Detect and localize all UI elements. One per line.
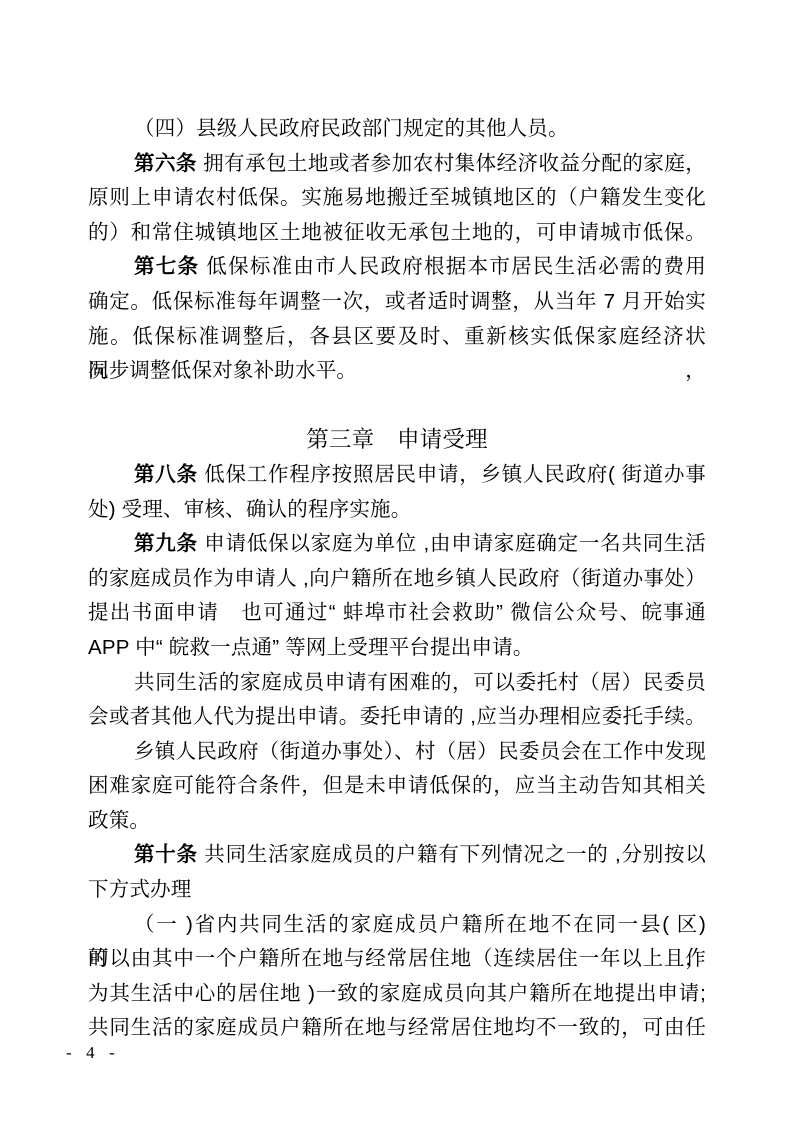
doc-line: 第七条 低保标准由市人民政府根据本市居民生活必需的费用	[88, 250, 706, 285]
doc-line: 施。低保标准调整后，各县区要及时、重新核实低保家庭经济状况，	[88, 320, 706, 355]
line-text: 原则上申请农村低保。实施易地搬迁至城镇地区的（户籍发生变化	[88, 186, 706, 209]
document-body: （四）县级人民政府民政部门规定的其他人员。 第六条 拥有承包土地或者参加农村集体…	[88, 112, 706, 1046]
line-text: （四）县级人民政府民政部门规定的其他人员。	[134, 117, 569, 140]
chapter-heading-text: 第三章 申请受理	[306, 427, 488, 452]
doc-line: 第八条 低保工作程序按照居民申请，乡镇人民政府( 街道办事	[88, 458, 706, 493]
doc-line: 原则上申请农村低保。实施易地搬迁至城镇地区的（户籍发生变化	[88, 181, 706, 216]
doc-line: 下方式办理	[88, 873, 706, 908]
line-text: 同步调整低保对象补助水平。	[88, 359, 357, 382]
line-text: 的家庭成员作为申请人 ,向户籍所在地乡镇人民政府（街道办事处）	[88, 567, 706, 590]
document-page: （四）县级人民政府民政部门规定的其他人员。 第六条 拥有承包土地或者参加农村集体…	[0, 0, 793, 1122]
doc-line: 会或者其他人代为提出申请。委托申请的 ,应当办理相应委托手续。	[88, 700, 706, 735]
doc-line: （四）县级人民政府民政部门规定的其他人员。	[88, 112, 706, 147]
doc-line: 乡镇人民政府（街道办事处）、村（居）民委员会在工作中发现	[88, 735, 706, 770]
article-number: 第八条	[134, 463, 198, 486]
line-text: 可以由其中一个户籍所在地与经常居住地（连续居住一年以上且作	[88, 947, 706, 970]
line-text: 申请低保以家庭为单位 ,由申请家庭确定一名共同生活	[198, 532, 706, 555]
doc-line: （一 )省内共同生活的家庭成员户籍所在地不在同一县( 区) 的，	[88, 908, 706, 943]
doc-line: 提出书面申请 也可通过“ 蚌埠市社会救助” 微信公众号、皖事通	[88, 596, 706, 631]
doc-line: 确定。低保标准每年调整一次，或者适时调整，从当年 7 月开始实	[88, 285, 706, 320]
doc-line: 第十条 共同生活家庭成员的户籍有下列情况之一的 ,分别按以	[88, 838, 706, 873]
line-text: 确定。低保标准每年调整一次，或者适时调整，从当年 7 月开始实	[88, 290, 706, 313]
line-text: 会或者其他人代为提出申请。委托申请的 ,应当办理相应委托手续。	[88, 705, 706, 728]
article-number: 第六条	[134, 152, 197, 175]
line-text: 处) 受理、审核、确认的程序实施。	[88, 498, 411, 521]
doc-line: 共同生活的家庭成员户籍所在地与经常居住地均不一致的，可由任	[88, 1011, 706, 1046]
doc-line: 共同生活的家庭成员申请有困难的，可以委托村（居）民委员	[88, 666, 706, 701]
doc-line: 处) 受理、审核、确认的程序实施。	[88, 493, 706, 528]
doc-line: 政策。	[88, 804, 706, 839]
doc-line: 困难家庭可能符合条件，但是未申请低保的，应当主动告知其相关	[88, 769, 706, 804]
line-text: 下方式办理	[88, 878, 192, 901]
doc-line: APP 中“ 皖救一点通” 等网上受理平台提出申请。	[88, 631, 706, 666]
line-text: 拥有承包土地或者参加农村集体经济收益分配的家庭，	[197, 152, 706, 175]
doc-line: 的）和常住城镇地区土地被征收无承包土地的，可申请城市低保。	[88, 216, 706, 251]
line-text: 低保工作程序按照居民申请，乡镇人民政府( 街道办事	[198, 463, 706, 486]
line-text: 乡镇人民政府（街道办事处）、村（居）民委员会在工作中发现	[134, 740, 706, 763]
line-text: 政策。	[88, 809, 150, 832]
article-number: 第七条	[134, 255, 199, 278]
line-text: 共同生活的家庭成员户籍所在地与经常居住地均不一致的，可由任	[88, 1016, 706, 1039]
line-text: APP 中“ 皖救一点通” 等网上受理平台提出申请。	[88, 636, 534, 659]
blank-line	[88, 389, 706, 424]
line-text: 的）和常住城镇地区土地被征收无承包土地的，可申请城市低保。	[88, 221, 706, 244]
doc-line: 第九条 申请低保以家庭为单位 ,由申请家庭确定一名共同生活	[88, 527, 706, 562]
line-text: 提出书面申请 也可通过“ 蚌埠市社会救助” 微信公众号、皖事通	[88, 601, 706, 624]
line-text: 困难家庭可能符合条件，但是未申请低保的，应当主动告知其相关	[88, 774, 706, 797]
doc-line: 可以由其中一个户籍所在地与经常居住地（连续居住一年以上且作	[88, 942, 706, 977]
article-number: 第九条	[134, 532, 198, 555]
page-number: - 4 -	[66, 1044, 117, 1062]
doc-line: 的家庭成员作为申请人 ,向户籍所在地乡镇人民政府（街道办事处）	[88, 562, 706, 597]
doc-line: 第六条 拥有承包土地或者参加农村集体经济收益分配的家庭，	[88, 147, 706, 182]
line-text: 为其生活中心的居住地 )一致的家庭成员向其户籍所在地提出申请;	[88, 982, 706, 1005]
doc-line: 为其生活中心的居住地 )一致的家庭成员向其户籍所在地提出申请;	[88, 977, 706, 1012]
line-text: 共同生活的家庭成员申请有困难的，可以委托村（居）民委员	[134, 671, 706, 694]
line-text: 共同生活家庭成员的户籍有下列情况之一的 ,分别按以	[198, 843, 706, 866]
article-number: 第十条	[134, 843, 198, 866]
line-text: 低保标准由市人民政府根据本市居民生活必需的费用	[199, 255, 706, 278]
chapter-heading: 第三章 申请受理	[88, 423, 706, 458]
